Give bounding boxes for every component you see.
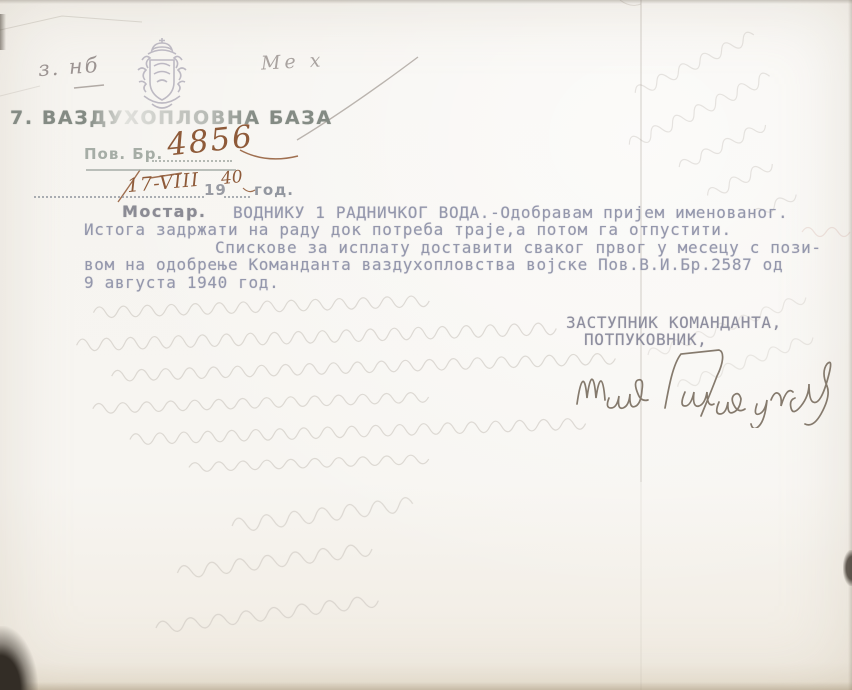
year-suffix-label: год. — [254, 181, 294, 199]
scan-edge-shadow-top — [0, 0, 852, 4]
pencil-note-top-left: з. нб — [37, 53, 100, 81]
signer-title-line2: ПОТПУКОВНИК, — [584, 330, 707, 349]
body-line: ВОДНИКУ 1 РАДНИЧКОГ ВОДА.-Одобравам приј… — [233, 204, 844, 221]
pencil-note-top-center: Ме х — [260, 49, 325, 74]
scan-edge-shadow-right — [848, 0, 852, 690]
year-dotted-line — [224, 184, 250, 198]
body-line: Спискове за исплату доставити сваког прв… — [215, 239, 844, 256]
protocol-underline-rule — [86, 169, 236, 171]
body-line: Истога задржати на раду док потреба трај… — [84, 221, 844, 238]
scan-dark-corner-bottom-left — [0, 626, 38, 690]
scan-dark-edge-top-left — [0, 14, 6, 50]
typed-body-text: ВОДНИКУ 1 РАДНИЧКОГ ВОДА.-Одобравам приј… — [84, 204, 844, 291]
body-line: вом на одобрење Команданта ваздухопловст… — [84, 256, 844, 273]
body-line: 9 августа 1940 год. — [84, 274, 844, 291]
document-page — [0, 0, 852, 690]
scan-edge-shadow-bottom — [0, 682, 852, 690]
unit-name-stamp: 7. ВАЗДУХОПЛОВНА БАЗА — [10, 107, 333, 129]
scan-dark-notch-right — [843, 550, 852, 586]
